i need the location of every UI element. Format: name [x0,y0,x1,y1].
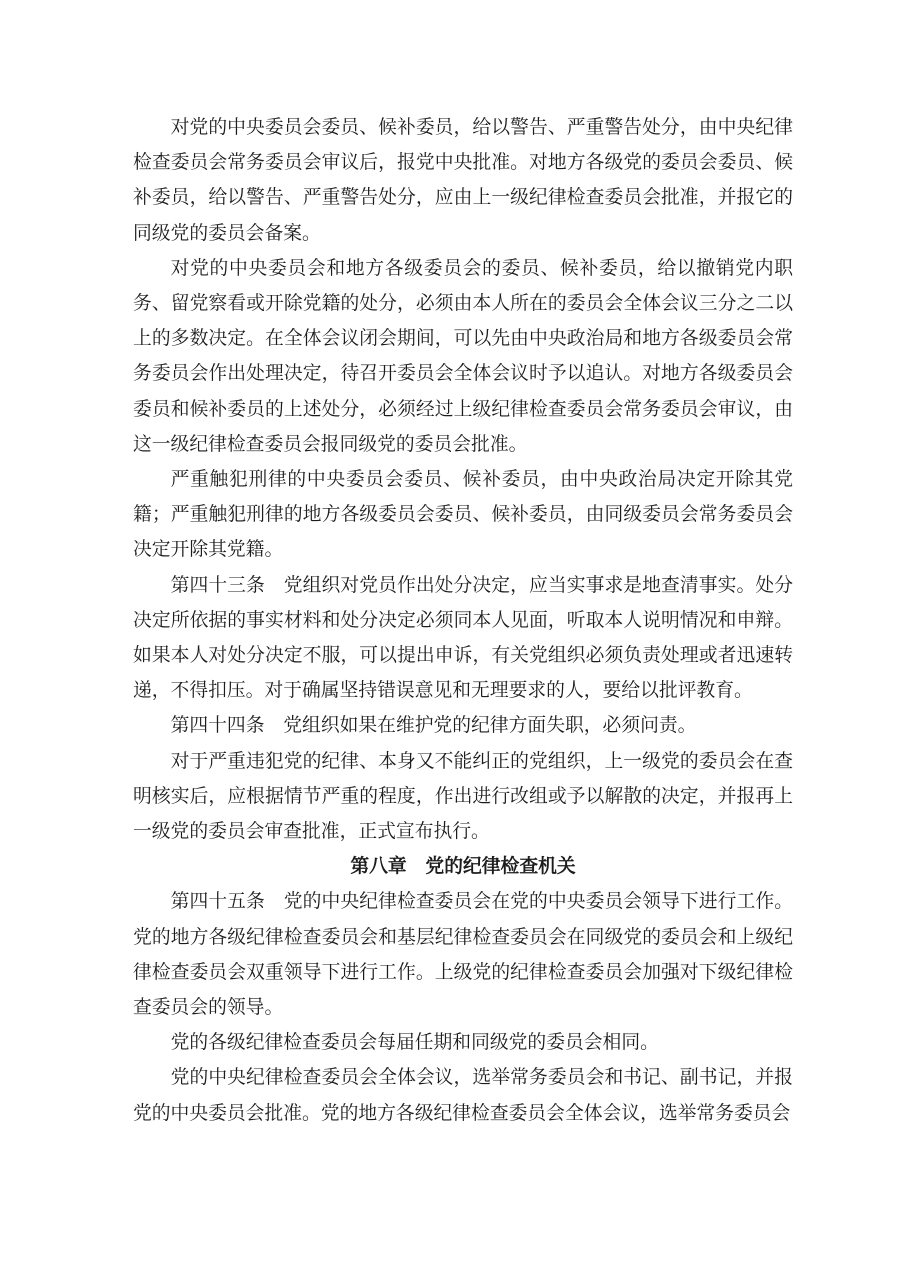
paragraph-term-length: 党的各级纪律检查委员会每届任期和同级党的委员会相同。 [133,1025,793,1060]
paragraph-article-44: 第四十四条 党组织如果在维护党的纪律方面失职，必须问责。 [133,708,793,743]
paragraph-article-43: 第四十三条 党组织对党员作出处分决定，应当实事求是地查清事实。处分决定所依据的事… [133,568,793,709]
paragraph-article-45: 第四十五条 党的中央纪律检查委员会在党的中央委员会领导下进行工作。党的地方各级纪… [133,884,793,1025]
paragraph-org-reorganization: 对于严重违犯党的纪律、本身又不能纠正的党组织，上一级党的委员会在查明核实后，应根… [133,744,793,850]
paragraph-discipline-removal: 对党的中央委员会和地方各级委员会的委员、候补委员，给以撤销党内职务、留党察看或开… [133,251,793,462]
paragraph-criminal-violation: 严重触犯刑律的中央委员会委员、候补委员，由中央政治局决定开除其党籍；严重触犯刑律… [133,462,793,568]
document-page: 对党的中央委员会委员、候补委员，给以警告、严重警告处分，由中央纪律检查委员会常务… [0,0,900,1272]
chapter-8-heading: 第八章 党的纪律检查机关 [133,849,793,884]
paragraph-discipline-warning: 对党的中央委员会委员、候补委员，给以警告、严重警告处分，由中央纪律检查委员会常务… [133,110,793,251]
paragraph-plenary-election: 党的中央纪律检查委员会全体会议，选举常务委员会和书记、副书记，并报党的中央委员会… [133,1060,793,1130]
document-body: 对党的中央委员会委员、候补委员，给以警告、严重警告处分，由中央纪律检查委员会常务… [133,110,793,1131]
